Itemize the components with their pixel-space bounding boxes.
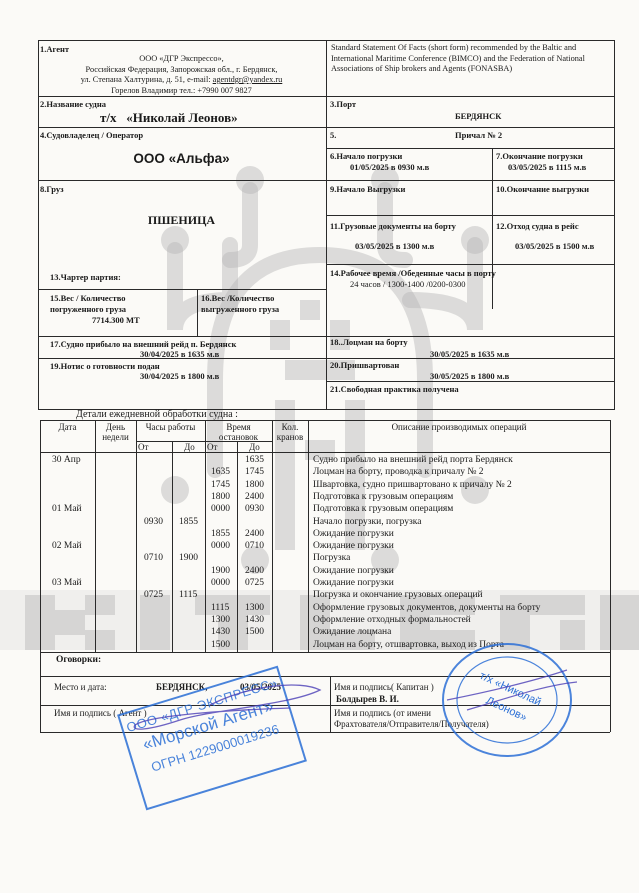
ops-cell-stop-from: 0000 [211,541,230,552]
ops-cell-work-to: 1115 [179,590,197,601]
ops-cell-stop-to: 1300 [245,603,264,614]
ops-cell-work-from: 0710 [144,553,163,564]
vessel-stamp: т/х «Николай Леонов» [437,640,577,760]
ops-cell-work-to: 1900 [179,553,198,564]
ops-cell-stop-to: 2400 [245,492,264,503]
right-border [614,40,615,410]
ops-cell-stop-to: 0710 [245,541,264,552]
ops-cell-stop-from: 0000 [211,578,230,589]
ops-cell-stop-from: 1115 [211,603,229,614]
ops-cell-stop-to: 1500 [245,627,264,638]
col-stop-2: остановок [205,432,272,442]
cargo-label: 8.Груз [40,184,64,194]
divider [172,441,173,652]
moored-label: 20.Пришвартован [330,360,399,370]
divider [610,652,611,732]
loaded-qty-label-1: 15.Вес / Количество [50,293,126,303]
pilot-label: 18..Лоцман на борту [330,337,408,347]
berth-label: 5. [330,130,336,140]
col-description: Описание производимых операций [308,422,610,432]
divider [38,127,614,128]
statement-of-facts-page: 1.Агент ООО «ДГР Экспрессо», Российская … [0,0,639,893]
discharge-start-label: 9.Начало Выгрузки [330,184,405,194]
divider [38,358,614,359]
divider [38,289,326,290]
free-pratique-label: 21.Свободная практика получена [330,384,459,394]
agent-address: Российская Федерация, Запорожская обл., … [40,65,323,76]
divider [272,420,273,652]
divider [40,652,41,732]
loading-end-label: 7.Окончание погрузки [496,151,583,161]
ops-cell-stop-to: 1745 [245,467,264,478]
divider [197,289,198,336]
discharged-qty-label-1: 16.Вес /Количество [201,293,274,303]
agent-info: ООО «ДГР Экспрессо», Российская Федераци… [40,44,323,96]
ops-cell-desc: Ожидание погрузки [313,541,394,552]
ops-cell-desc: Ожидание погрузки [313,578,394,589]
ops-cell-stop-from: 1745 [211,480,230,491]
ops-cell-desc: Подготовка к грузовым операциям [313,492,453,503]
ops-cell-desc: Ожидание лоцмана [313,627,391,638]
ops-cell-stop-from: 0000 [211,504,230,515]
vessel-prefix: т/х [100,110,117,125]
agent-street-text: ул. Степана Халтурина, д. 51, e-mail: [81,75,213,84]
loaded-qty-value: 7714.300 МТ [92,315,140,325]
arrived-label: 17.Судно прибыло на внешний рейд п. Берд… [50,339,236,349]
ops-cell-stop-to: 2400 [245,529,264,540]
ops-cell-stop-to: 2400 [245,566,264,577]
vessel-name: т/х «Николай Леонов» [100,110,238,126]
divider [237,441,238,652]
agent-company: ООО «ДГР Экспрессо», [40,54,323,65]
ops-cell-stop-to: 0725 [245,578,264,589]
standard-statement-text: Standard Statement Of Facts (short form)… [331,43,616,75]
working-hours-label: 14.Рабочее время /Обеденные часы в порту [330,268,496,278]
port-value: БЕРДЯНСК [455,111,501,121]
ops-cell-desc: Начало погрузки, погрузка [313,517,422,528]
ops-cell-date: 02 Май [52,541,82,552]
col-stop-from: От [207,442,227,452]
loaded-qty-label-2: погруженного груза [50,304,126,314]
ops-cell-work-from: 0930 [144,517,163,528]
ops-cell-desc: Погрузка [313,553,350,564]
ops-cell-stop-to: 1635 [245,455,264,466]
ops-cell-date: 03 Май [52,578,82,589]
divider [136,420,137,652]
vessel-label: 2.Название судна [40,99,106,109]
ops-cell-desc: Погрузка и окончание грузовых операций [313,590,483,601]
ops-cell-stop-to: 1800 [245,480,264,491]
ops-cell-desc: Ожидание погрузки [313,566,394,577]
col-date: Дата [40,422,95,432]
agent-signature [90,670,350,750]
ops-title: Детали ежедневной обработки судна : [76,409,238,420]
remarks-label: Оговорки: [56,655,101,665]
ops-cell-desc: Оформление грузовых документов, документ… [313,603,540,614]
nor-label: 19.Нотис о готовности подан [50,361,160,371]
departure-label: 12.Отход судна в рейс [496,221,579,231]
divider [38,180,614,181]
col-weekday-2: недели [95,432,136,442]
divider [95,420,96,652]
divider [326,381,614,382]
ops-cell-desc: Подготовка к грузовым операциям [313,504,453,515]
docs-on-board-label: 11.Грузовые документы на борту [330,221,456,231]
agent-contact: Горелов Владимир тел.: +7990 007 9827 [40,86,323,97]
agent-street: ул. Степана Халтурина, д. 51, e-mail: ag… [40,75,323,86]
ops-cell-stop-from: 1300 [211,615,230,626]
col-stop-to: До [237,442,272,452]
col-cranes-1: Кол. [272,422,308,432]
ops-cell-desc: Лоцман на борту, проводка к причалу № 2 [313,467,484,478]
ops-cell-stop-from: 1635 [211,467,230,478]
agent-email-link[interactable]: agentdgr@yandex.ru [213,75,283,84]
discharge-end-label: 10.Окончание выгрузки [496,184,589,194]
port-label: 3.Порт [330,99,356,109]
owner-value: ООО «Альфа» [40,151,323,166]
divider [40,420,41,652]
col-stop-1: Время [205,422,272,432]
owner-label: 4.Судовладелец / Оператор [40,130,143,140]
divider [38,336,614,337]
ops-cell-stop-to: 1430 [245,615,264,626]
col-work-to: До [174,442,205,452]
ops-cell-stop-from: 1500 [211,640,230,651]
divider [326,148,614,149]
divider [492,148,493,309]
ops-cell-date: 30 Апр [52,455,81,466]
berth-value: Причал № 2 [455,130,502,140]
ops-cell-stop-to: 0930 [245,504,264,515]
ops-cell-desc: Судно прибыло на внешний рейд порта Берд… [313,455,513,466]
ops-cell-desc: Ожидание погрузки [313,529,394,540]
vessel-name-value: «Николай Леонов» [126,110,237,125]
moored-value: 30/05/2025 в 1800 м.в [430,371,509,381]
divider [40,452,610,453]
ops-cell-stop-from: 1900 [211,566,230,577]
docs-on-board-value: 03/05/2025 в 1300 м.в [355,241,434,251]
departure-value: 03/05/2025 в 1500 м.в [515,241,594,251]
working-hours-value: 24 часов / 1300-1400 /0200-0300 [350,279,465,289]
ops-cell-date: 01 Май [52,504,82,515]
divider [326,264,614,265]
divider [38,96,614,97]
col-cranes-2: кранов [272,432,308,442]
cargo-value: ПШЕНИЦА [40,213,323,228]
col-weekday-1: День [95,422,136,432]
divider [40,420,610,421]
divider [326,215,614,216]
divider [610,420,611,652]
ops-cell-stop-from: 1800 [211,492,230,503]
ops-cell-work-to: 1855 [179,517,198,528]
discharged-qty-label-2: выгруженного груза [201,304,279,314]
col-work-from: От [138,442,158,452]
charter-party-label: 13.Чартер партия: [50,272,121,282]
ops-cell-desc: Оформление отходных формальностей [313,615,471,626]
divider [205,420,206,652]
ops-cell-desc: Швартовка, судно пришвартовано к причалу… [313,480,512,491]
ops-cell-work-from: 0725 [144,590,163,601]
ops-cell-stop-from: 1855 [211,529,230,540]
col-work-hours: Часы работы [136,422,205,432]
divider [308,420,309,652]
loading-start-label: 6.Начало погрузки [330,151,402,161]
ops-cell-stop-from: 1430 [211,627,230,638]
nor-value: 30/04/2025 в 1800 м.в [140,371,219,381]
loading-end-value: 03/05/2025 в 1115 м.в [508,162,586,172]
loading-start-value: 01/05/2025 в 0930 м.в [350,162,429,172]
